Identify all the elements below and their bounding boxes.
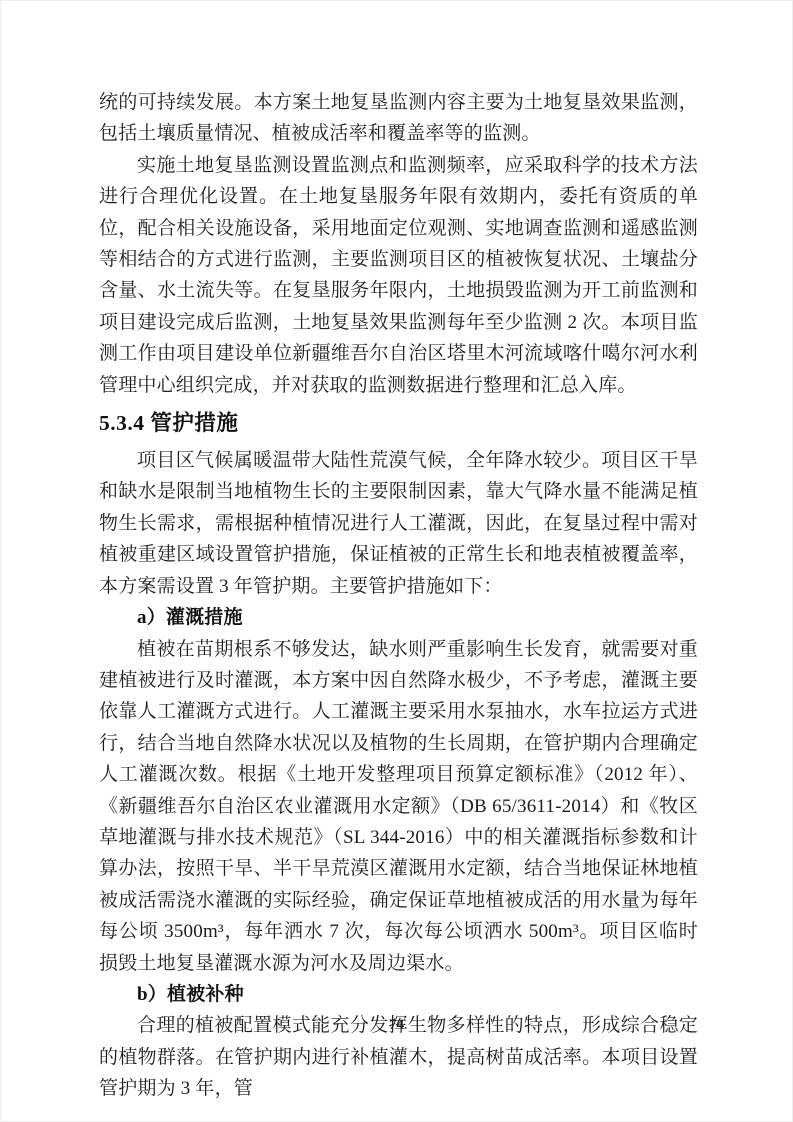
page-number: 74	[1, 1017, 792, 1034]
paragraph-continuation: 统的可持续发展。本方案土地复垦监测内容主要为土地复垦效果监测，包括土壤质量情况、…	[99, 87, 698, 150]
subheading-replanting: b）植被补种	[99, 979, 698, 1010]
document-page: 统的可持续发展。本方案土地复垦监测内容主要为土地复垦效果监测，包括土壤质量情况、…	[0, 0, 793, 1122]
subheading-irrigation: a）灌溉措施	[99, 602, 698, 633]
page-body: 统的可持续发展。本方案土地复垦监测内容主要为土地复垦效果监测，包括土壤质量情况、…	[99, 87, 698, 1105]
paragraph-climate: 项目区气候属暖温带大陆性荒漠气候，全年降水较少。项目区干旱和缺水是限制当地植物生…	[99, 445, 698, 602]
section-heading: 5.3.4 管护措施	[99, 408, 698, 438]
paragraph-irrigation: 植被在苗期根系不够发达，缺水则严重影响生长发育，就需要对重建植被进行及时灌溉，本…	[99, 634, 698, 979]
paragraph-monitoring: 实施土地复垦监测设置监测点和监测频率，应采取科学的技术方法进行合理优化设置。在土…	[99, 150, 698, 401]
